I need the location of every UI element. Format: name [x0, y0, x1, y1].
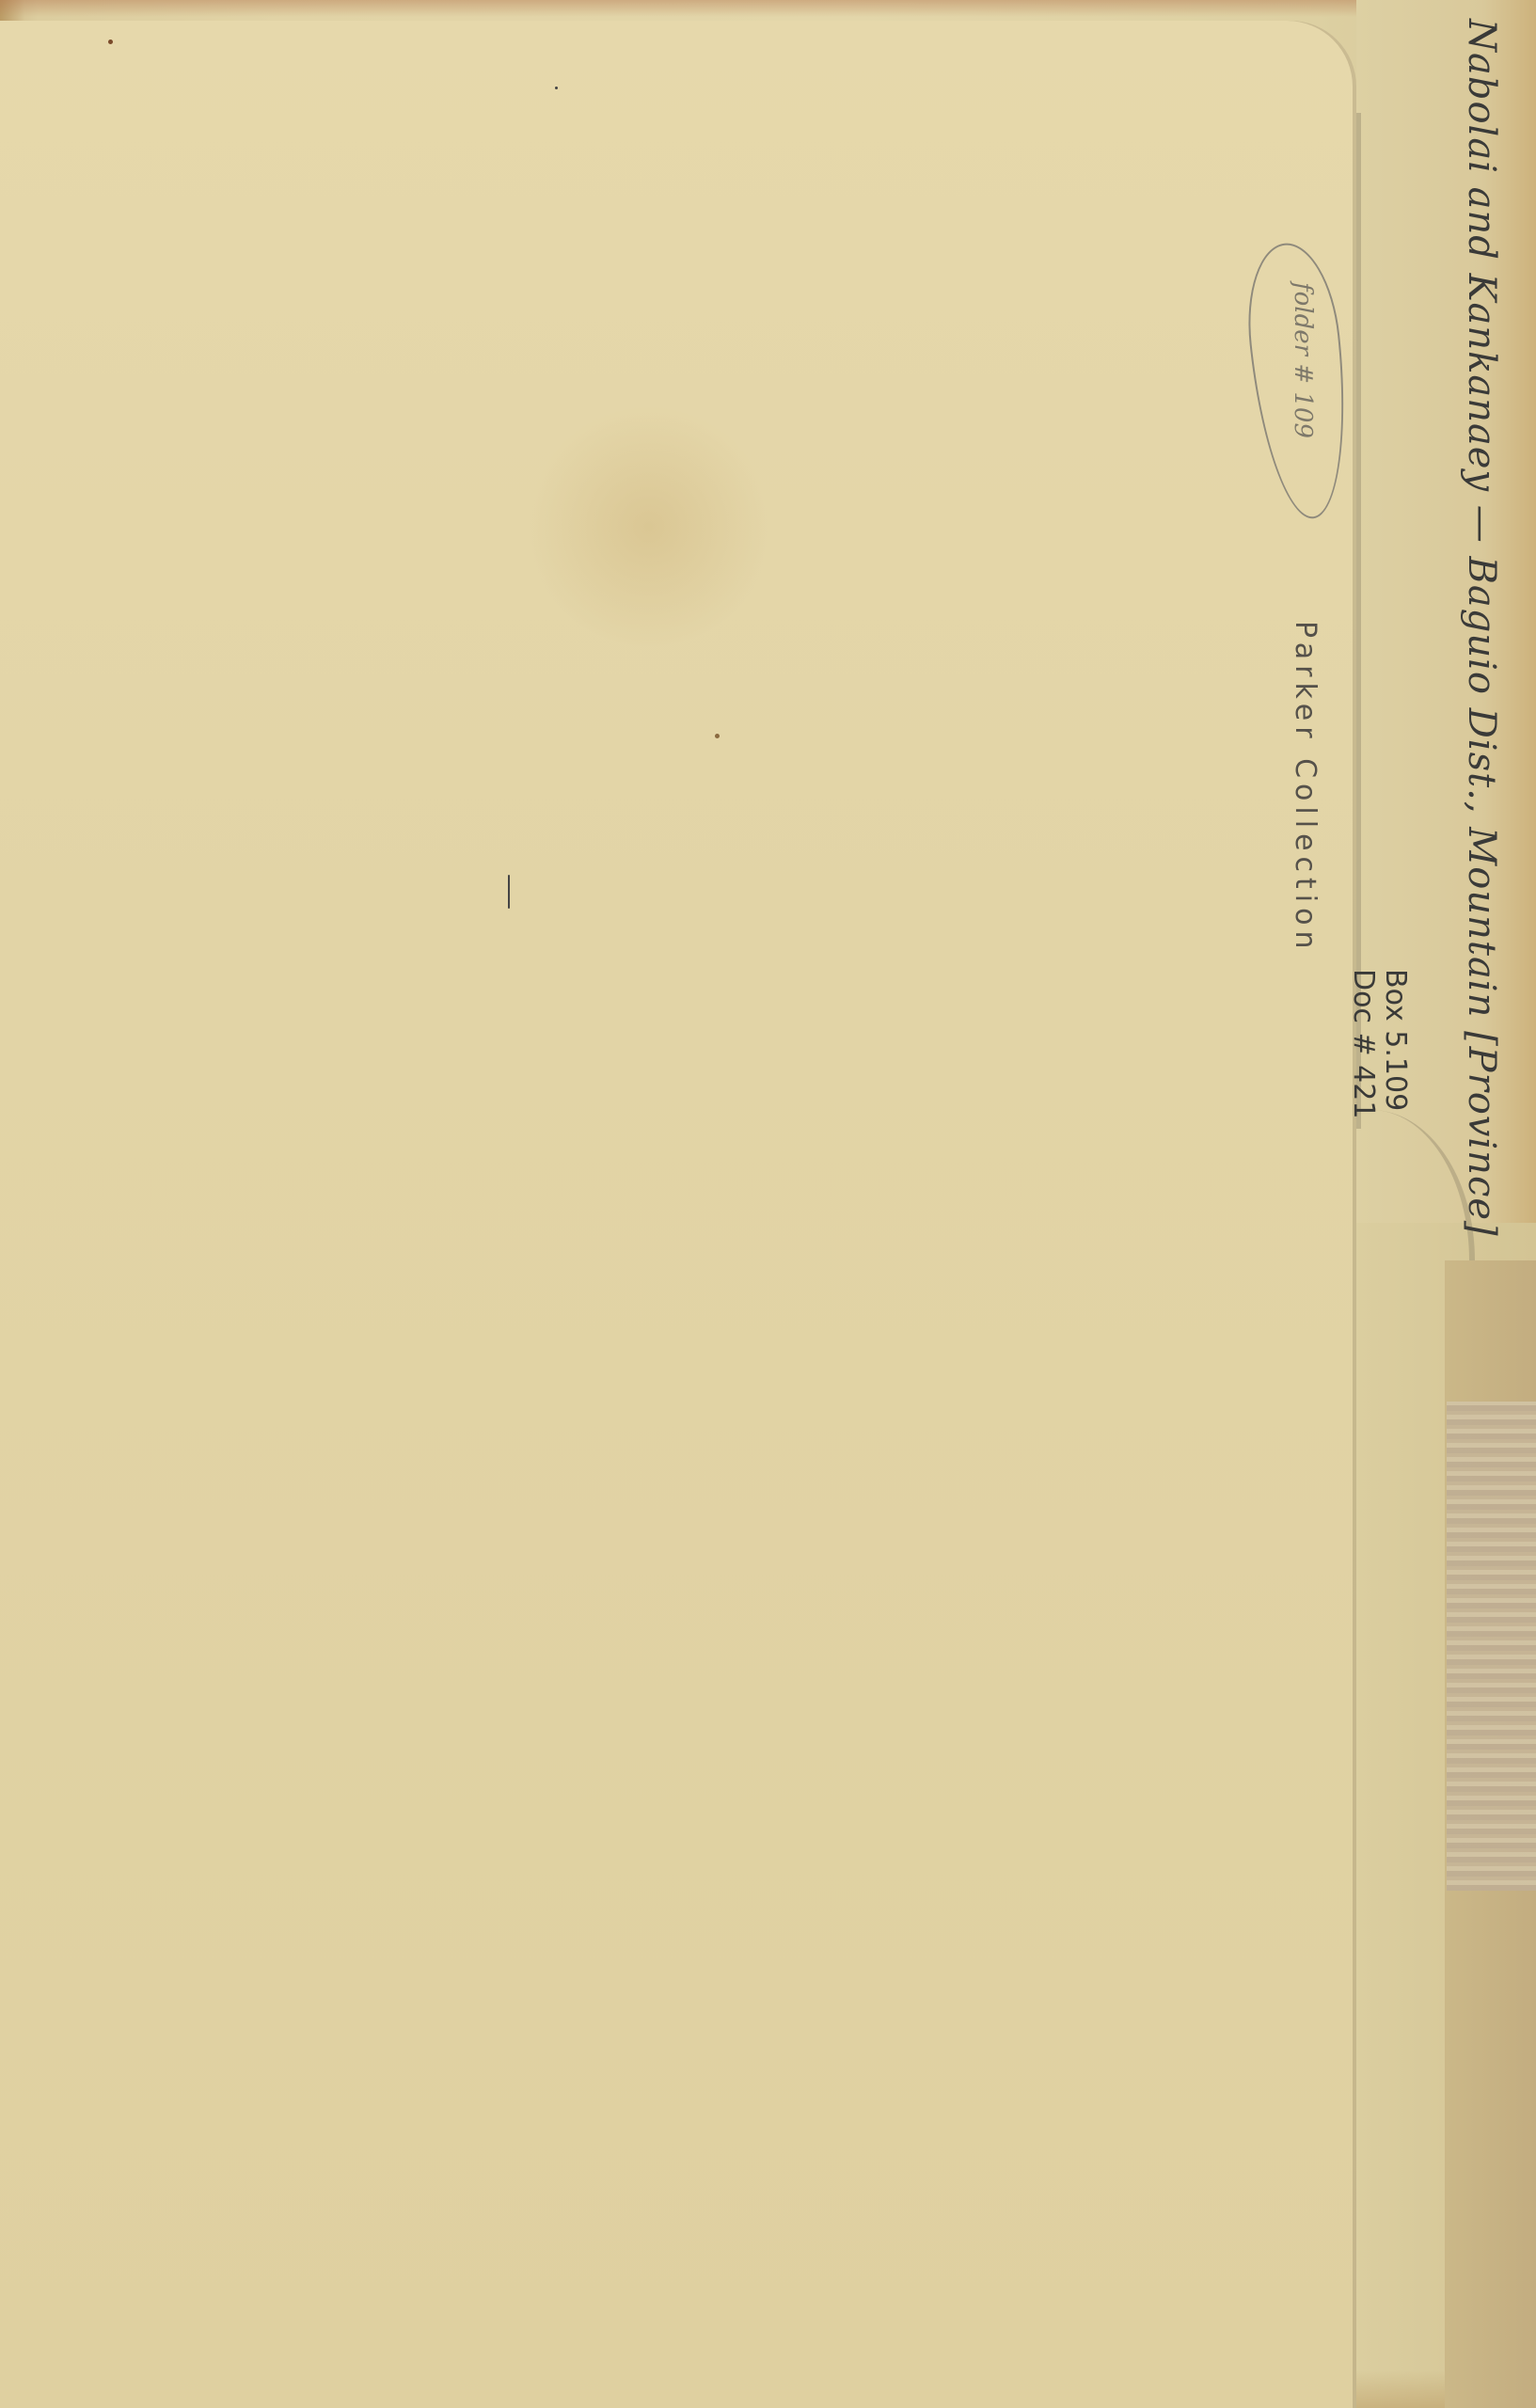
- paper-mark: [508, 875, 510, 909]
- water-stain: [1447, 1402, 1536, 1891]
- folder-front-panel: [0, 21, 1356, 2408]
- paper-spot: [715, 734, 720, 738]
- paper-blotch: [527, 404, 771, 649]
- paper-spot: [108, 40, 113, 44]
- box-number: Box 5.109: [1379, 969, 1411, 1118]
- oval-note: folder # 109: [1289, 282, 1317, 438]
- doc-number: Doc # 421: [1347, 969, 1379, 1118]
- folder-tab-label: Nabolai and Kankanaey — Baguio Dist., Mo…: [1447, 19, 1503, 1430]
- aged-top-edge: [0, 0, 1536, 17]
- collection-label: Parker Collection: [1289, 621, 1322, 954]
- paper-spot: [555, 87, 558, 89]
- reference-block: Box 5.109 Doc # 421: [1347, 969, 1411, 1118]
